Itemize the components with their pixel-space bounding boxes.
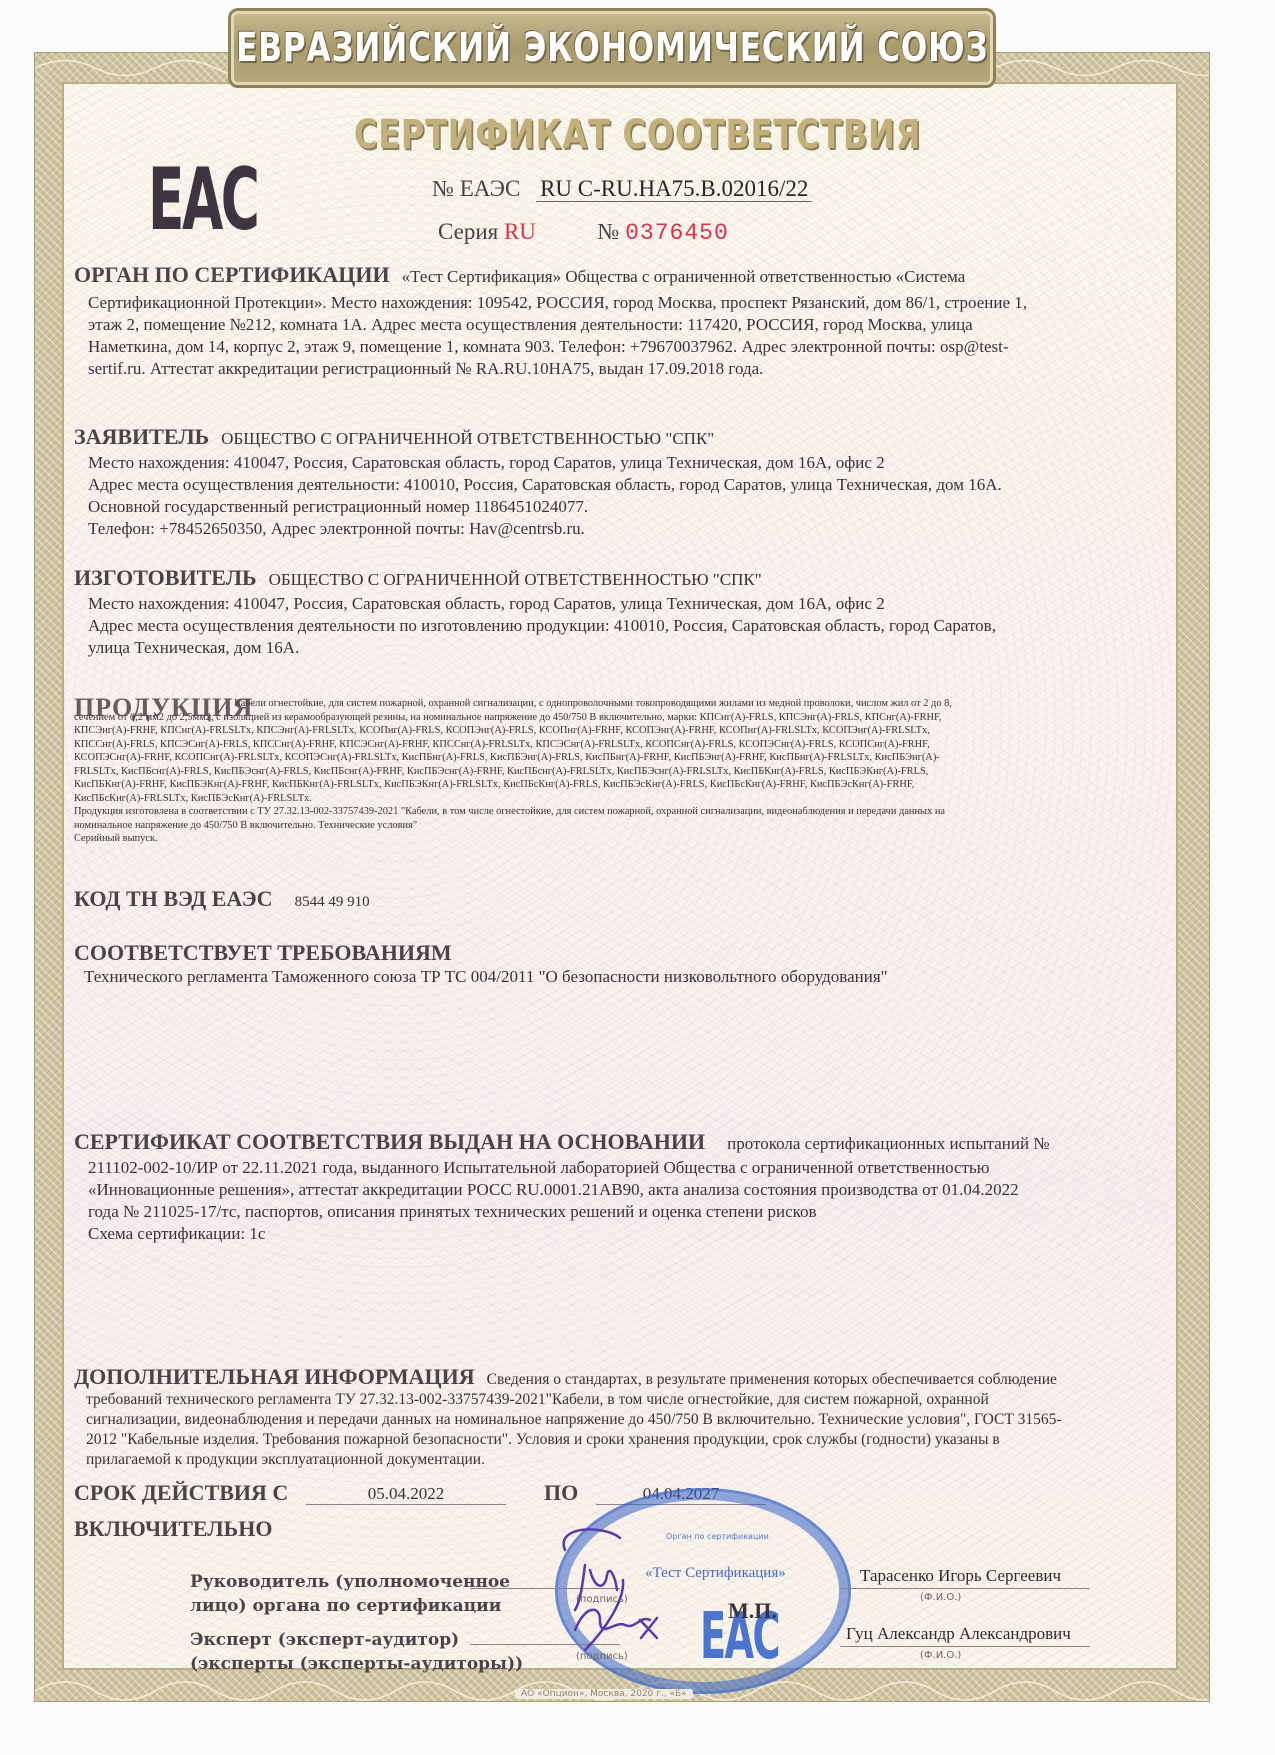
expert-name: Гуц Александр Александрович: [846, 1624, 1071, 1644]
series-row: Серия RU № 0376450: [438, 219, 729, 246]
text-line: Продукция изготовлена в соответствии с Т…: [74, 805, 1154, 819]
section-additional-info: ДОПОЛНИТЕЛЬНАЯ ИНФОРМАЦИЯ Сведения о ста…: [74, 1364, 1154, 1470]
expert-label-line: Эксперт (эксперт-аудитор): [190, 1628, 523, 1652]
section-applicant: ЗАЯВИТЕЛЬ ОБЩЕСТВО С ОГРАНИЧЕННОЙ ОТВЕТС…: [74, 424, 1154, 540]
expert-label-line: (эксперты (эксперты-аудиторы)): [190, 1652, 523, 1676]
text-line: 2012 "Кабельные изделия. Требования пожа…: [86, 1430, 1154, 1450]
text-line: улица Техническая, дом 16А.: [88, 637, 1154, 659]
text-line: Сертификационной Протекции». Место нахож…: [88, 292, 1154, 314]
section-lead: протокола сертификационных испытаний №: [727, 1134, 1049, 1153]
section-certification-body: ОРГАН ПО СЕРТИФИКАЦИИ «Тест Сертификация…: [74, 262, 1154, 380]
text-line: прилагаемой к продукции эксплуатационной…: [86, 1450, 1154, 1470]
series-label: Серия: [438, 219, 498, 244]
text-line: требований технического регламента ТУ 27…: [86, 1390, 1154, 1410]
section-conforms: СООТВЕТСТВУЕТ ТРЕБОВАНИЯМ Технического р…: [74, 940, 1154, 988]
validity-from-label: СРОК ДЕЙСТВИЯ С: [74, 1480, 288, 1505]
text-line: 211102-002-10/ИР от 22.11.2021 года, выд…: [88, 1157, 1154, 1179]
head-label-line: лицо) органа по сертификации: [190, 1594, 510, 1618]
section-heading: КОД ТН ВЭД ЕАЭС: [74, 886, 273, 911]
validity-to-label: ПО: [544, 1480, 578, 1506]
blank-number-label: №: [597, 219, 619, 244]
text-line: Адрес места осуществления деятельности п…: [88, 615, 1154, 637]
certificate-number: № ЕАЭС RU C-RU.НА75.В.02016/22: [432, 176, 812, 202]
head-signatory-label: Руководитель (уполномоченное лицо) орган…: [190, 1570, 510, 1618]
section-heading: ОРГАН ПО СЕРТИФИКАЦИИ: [74, 262, 390, 287]
text-line: Наметкина, дом 14, корпус 2, этаж 9, пом…: [88, 336, 1154, 358]
section-heading: ДОПОЛНИТЕЛЬНАЯ ИНФОРМАЦИЯ: [74, 1364, 475, 1389]
text-line: года № 211025-17/тс, паспортов, описания…: [88, 1201, 1154, 1223]
section-lead: ОБЩЕСТВО С ОГРАНИЧЕННОЙ ОТВЕТСТВЕННОСТЬЮ…: [269, 570, 762, 589]
series-value: RU: [504, 219, 536, 244]
text-line: КПССнг(А)-FRLS, КПСЭСнг(А)-FRLS, КПССнг(…: [74, 738, 1154, 752]
union-banner-text: ЕВРАЗИЙСКИЙ ЭКОНОМИЧЕСКИЙ СОЮЗ: [236, 25, 988, 71]
text-line: Основной государственный регистрационный…: [88, 496, 1154, 518]
text-line: Адрес места осуществления деятельности: …: [88, 474, 1154, 496]
section-manufacturer: ИЗГОТОВИТЕЛЬ ОБЩЕСТВО С ОГРАНИЧЕННОЙ ОТВ…: [74, 565, 1154, 659]
stamp-org-text: Орган по сертификации: [666, 1532, 769, 1541]
expert-name-line: [840, 1646, 1090, 1647]
section-issued-basis: СЕРТИФИКАТ СООТВЕТСТВИЯ ВЫДАН НА ОСНОВАН…: [74, 1129, 1154, 1245]
hs-code-value: 8544 49 910: [295, 894, 370, 910]
printer-imprint: АО «Опцион», Москва, 2020 г., «Б»: [515, 1689, 693, 1699]
text-line: Серийный выпуск.: [74, 832, 1154, 846]
expert-signatory-label: Эксперт (эксперт-аудитор) (эксперты (экс…: [190, 1628, 523, 1676]
section-product: ПРОДУКЦИЯ Кабели огнестойкие, для систем…: [74, 697, 1154, 846]
union-banner: ЕВРАЗИЙСКИЙ ЭКОНОМИЧЕСКИЙ СОЮЗ: [228, 8, 996, 88]
text-line: Технического регламента Таможенного союз…: [84, 966, 1154, 988]
section-heading: СЕРТИФИКАТ СООТВЕТСТВИЯ ВЫДАН НА ОСНОВАН…: [74, 1129, 705, 1154]
text-line: sertif.ru. Аттестат аккредитации регистр…: [88, 358, 1154, 380]
text-line: этаж 2, помещение №212, комната 1А. Адре…: [88, 314, 1154, 336]
section-lead: ОБЩЕСТВО С ОГРАНИЧЕННОЙ ОТВЕТСТВЕННОСТЬЮ…: [221, 429, 714, 448]
text-line: КСОПЭСнг(А)-FRHF, КСОПСнг(А)-FRLSLTx, КС…: [74, 751, 1154, 765]
blank-number-value: 0376450: [625, 220, 729, 246]
section-heading: СООТВЕТСТВУЕТ ТРЕБОВАНИЯМ: [74, 940, 452, 965]
validity-inclusive-label: ВКЛЮЧИТЕЛЬНО: [74, 1516, 288, 1542]
section-lead: «Тест Сертификация» Общества с ограничен…: [402, 267, 966, 286]
validity-from-date: 05.04.2022: [306, 1484, 506, 1505]
text-line: Место нахождения: 410047, Россия, Сарато…: [88, 593, 1154, 615]
handwritten-signature-icon: [545, 1520, 665, 1660]
text-line: Схема сертификации: 1с: [88, 1223, 1154, 1245]
seal-label: М.П.: [728, 1598, 777, 1624]
text-line: FRLSLTx, КисПБснг(А)-FRLS, КисПБЭснг(А)-…: [74, 765, 1154, 779]
stamp-name-text: «Тест Сертификация»: [645, 1565, 786, 1582]
head-name-line: [840, 1588, 1090, 1589]
section-hs-code: КОД ТН ВЭД ЕАЭС 8544 49 910: [74, 886, 1154, 912]
section-heading: ИЗГОТОВИТЕЛЬ: [74, 565, 257, 590]
head-name-caption: (Ф.И.О.): [920, 1592, 961, 1603]
text-line: КПСЭнг(А)-FRHF, КПСнг(А)-FRLSLTx, КПСЭнг…: [74, 724, 1154, 738]
certificate-number-label: № ЕАЭС: [432, 176, 520, 201]
section-heading: ЗАЯВИТЕЛЬ: [74, 424, 209, 449]
section-lead: Сведения о стандартах, в результате прим…: [487, 1371, 1057, 1388]
text-line: Место нахождения: 410047, Россия, Сарато…: [88, 452, 1154, 474]
text-line: КисПБсКнг(А)-FRLSLTx, КисПБЭсКнг(А)-FRLS…: [74, 792, 1154, 806]
section-heading: ПРОДУКЦИЯ: [74, 693, 253, 723]
text-line: Телефон: +78452650350, Адрес электронной…: [88, 518, 1154, 540]
head-name: Тарасенко Игорь Сергеевич: [860, 1566, 1061, 1586]
certificate-number-value: RU C-RU.НА75.В.02016/22: [536, 176, 812, 202]
certificate-title: СЕРТИФИКАТ СООТВЕТСТВИЯ: [128, 112, 1148, 158]
text-line: «Инновационные решения», аттестат аккред…: [88, 1179, 1154, 1201]
text-line: сигнализации, видеонаблюдения и передачи…: [86, 1410, 1154, 1430]
text-line: номинальное напряжение до 450/750 В вклю…: [74, 819, 1154, 833]
eac-logo-icon: ЕАС: [148, 150, 257, 250]
head-label-line: Руководитель (уполномоченное: [190, 1570, 510, 1594]
validity-period: СРОК ДЕЙСТВИЯ С 05.04.2022 ПО 04.04.2027…: [74, 1480, 288, 1542]
expert-name-caption: (Ф.И.О.): [920, 1650, 961, 1661]
text-line: КисПБКнг(А)-FRHF, КисПБЭКнг(А)-FRHF, Кис…: [74, 778, 1154, 792]
